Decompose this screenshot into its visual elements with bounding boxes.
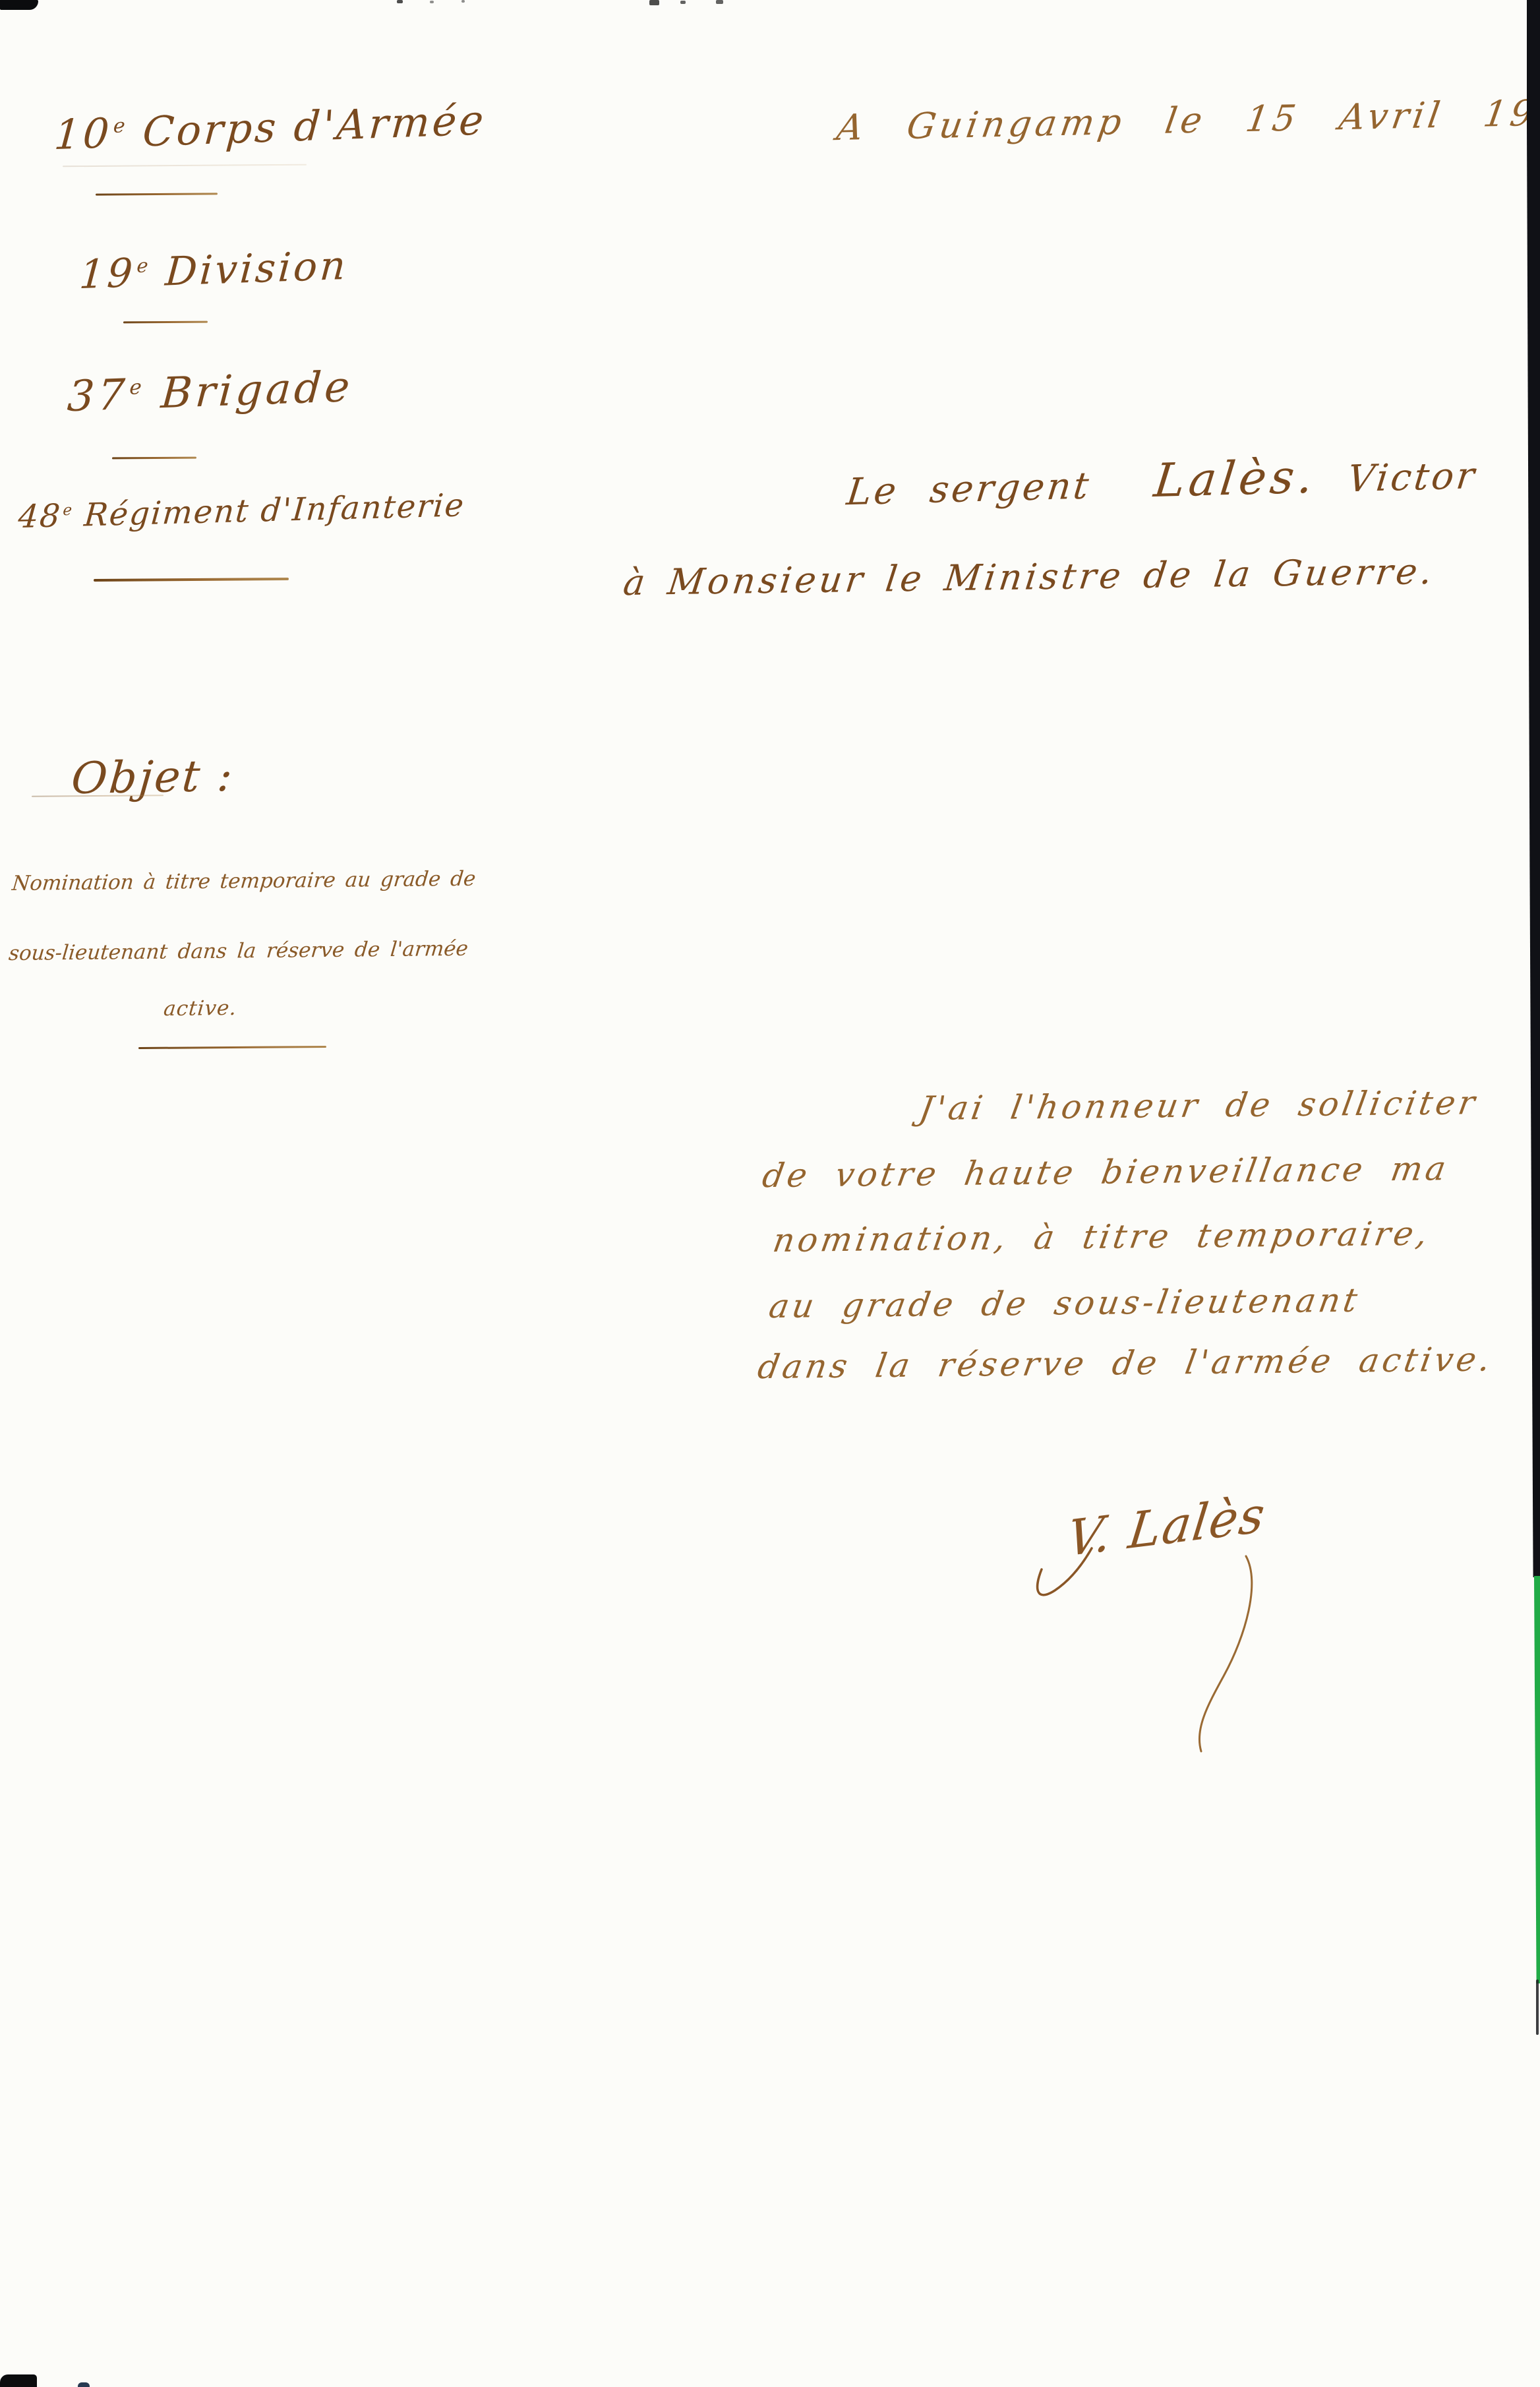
underline-corps xyxy=(96,193,218,195)
scan-corner-bottom-left xyxy=(0,2374,37,2387)
subject-line-1: Nomination à titre temporaire au grade d… xyxy=(11,867,477,895)
unit-corps-ordinal: e xyxy=(113,115,129,138)
faint-guide-line xyxy=(63,164,307,167)
body-line-4: au grade de sous-lieutenant xyxy=(766,1281,1363,1325)
scan-speck xyxy=(461,0,465,3)
scan-edge-right-green xyxy=(1532,1576,1540,1983)
body-line-2: de votre haute bienveillance ma xyxy=(759,1149,1452,1195)
body-line-1: J'ai l'honneur de solliciter xyxy=(916,1083,1481,1128)
unit-corps-label: Corps d'Armée xyxy=(141,96,488,156)
unit-division-ordinal: e xyxy=(136,254,151,277)
unit-regiment-ordinal: e xyxy=(62,502,74,519)
body-line-3: nomination, à titre temporaire, xyxy=(770,1215,1433,1260)
unit-division-label: Division xyxy=(163,243,349,295)
unit-corps-line: 10e Corps d'Armée xyxy=(53,96,488,159)
underline-brigade xyxy=(112,457,196,460)
subject-line-3: active. xyxy=(163,996,238,1021)
underline-division xyxy=(123,321,208,324)
underline-subject-block xyxy=(138,1046,326,1049)
scan-edge-right-tail xyxy=(1536,1979,1539,2035)
unit-brigade-number: 37 xyxy=(66,371,130,421)
scan-speck xyxy=(716,0,723,4)
sender-surname: Lalès. xyxy=(1151,449,1320,508)
unit-corps-number: 10 xyxy=(53,109,113,159)
scan-corner-top-left xyxy=(0,0,38,10)
sender-firstname: Victor xyxy=(1346,454,1479,500)
place-date-line: A Guingamp le 15 Avril 1915 xyxy=(834,91,1540,148)
body-line-5: dans la réserve de l'armée active. xyxy=(755,1340,1496,1386)
unit-brigade-label: Brigade xyxy=(160,363,355,418)
subject-line-2: sous-lieutenant dans la réserve de l'arm… xyxy=(8,937,469,965)
scanned-letter-page: 10e Corps d'Armée 19e Division 37e Briga… xyxy=(0,0,1540,2387)
unit-brigade-ordinal: e xyxy=(129,375,146,400)
scan-speck xyxy=(649,0,659,5)
sender-line: Le sergent Lalès. Victor xyxy=(844,445,1481,516)
unit-regiment-label: Régiment d'Infanterie xyxy=(83,487,467,533)
scan-edge-right-dark xyxy=(1527,0,1540,1577)
sender-rank: Le sergent xyxy=(844,464,1094,514)
unit-brigade-line: 37e Brigade xyxy=(66,363,355,421)
underline-regiment xyxy=(94,578,289,582)
scan-speck xyxy=(680,1,686,4)
scan-speck xyxy=(430,1,434,3)
unit-division-number: 19 xyxy=(78,250,136,298)
unit-division-line: 19e Division xyxy=(78,243,349,298)
unit-regiment-number: 48 xyxy=(17,497,63,535)
scan-mark-bottom xyxy=(78,2382,90,2387)
unit-regiment-line: 48e Régiment d'Infanterie xyxy=(17,487,467,535)
scan-speck xyxy=(397,0,403,3)
recipient-line: à Monsieur le Ministre de la Guerre. xyxy=(621,551,1438,603)
signature-text: V. Lalès xyxy=(1064,1486,1269,1568)
